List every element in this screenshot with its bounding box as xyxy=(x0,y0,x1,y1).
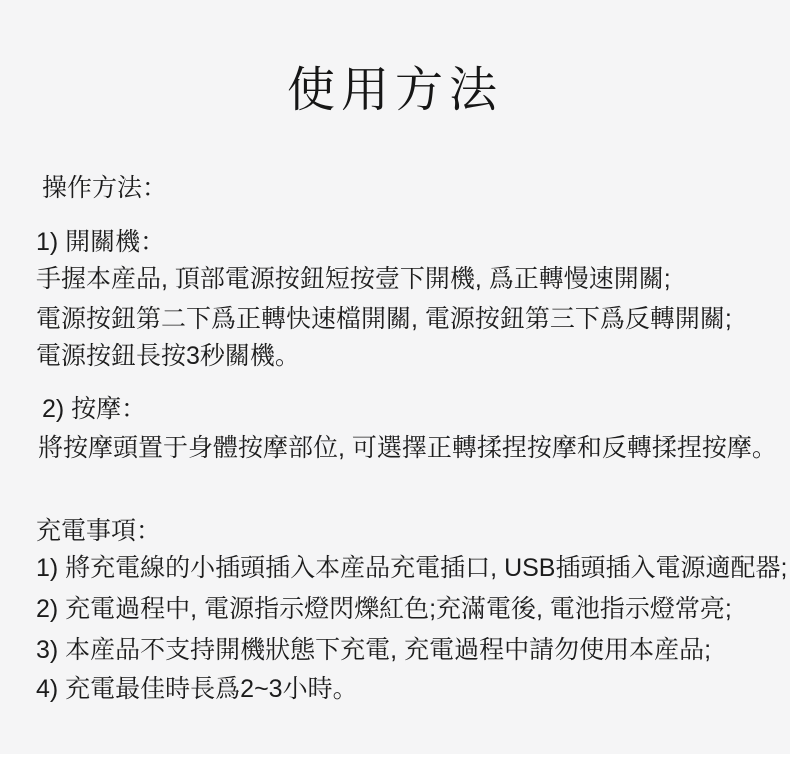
charging-item-2: 2) 充電過程中, 電源指示燈閃爍紅色;充滿電後, 電池指示燈常亮; xyxy=(36,594,732,624)
charging-section-heading: 充電事項： xyxy=(36,516,161,546)
operation-section-heading: 操作方法： xyxy=(42,173,167,203)
power-switch-line-3: 電源按鈕長按3秒關機。 xyxy=(36,341,300,371)
massage-line-1: 將按摩頭置于身體按摩部位, 可選擇正轉揉捏按摩和反轉揉捏按摩。 xyxy=(38,433,777,463)
charging-item-4: 4) 充電最佳時長爲2~3小時。 xyxy=(36,674,358,704)
instruction-page: 使用方法 操作方法： 1) 開關機： 手握本産品, 頂部電源按鈕短按壹下開機, … xyxy=(0,0,790,779)
charging-item-3: 3) 本産品不支持開機狀態下充電, 充電過程中請勿使用本産品; xyxy=(36,635,711,665)
massage-label: 2) 按摩： xyxy=(42,394,146,424)
charging-item-1: 1) 將充電線的小插頭插入本産品充電插口, USB插頭插入電源適配器; xyxy=(36,553,787,583)
power-switch-line-2: 電源按鈕第二下爲正轉快速檔開關, 電源按鈕第三下爲反轉開關; xyxy=(36,304,732,334)
footer-strip xyxy=(0,754,790,779)
page-title: 使用方法 xyxy=(0,64,790,118)
power-switch-label: 1) 開關機： xyxy=(36,227,165,257)
power-switch-line-1: 手握本産品, 頂部電源按鈕短按壹下開機, 爲正轉慢速開關; xyxy=(36,264,671,294)
